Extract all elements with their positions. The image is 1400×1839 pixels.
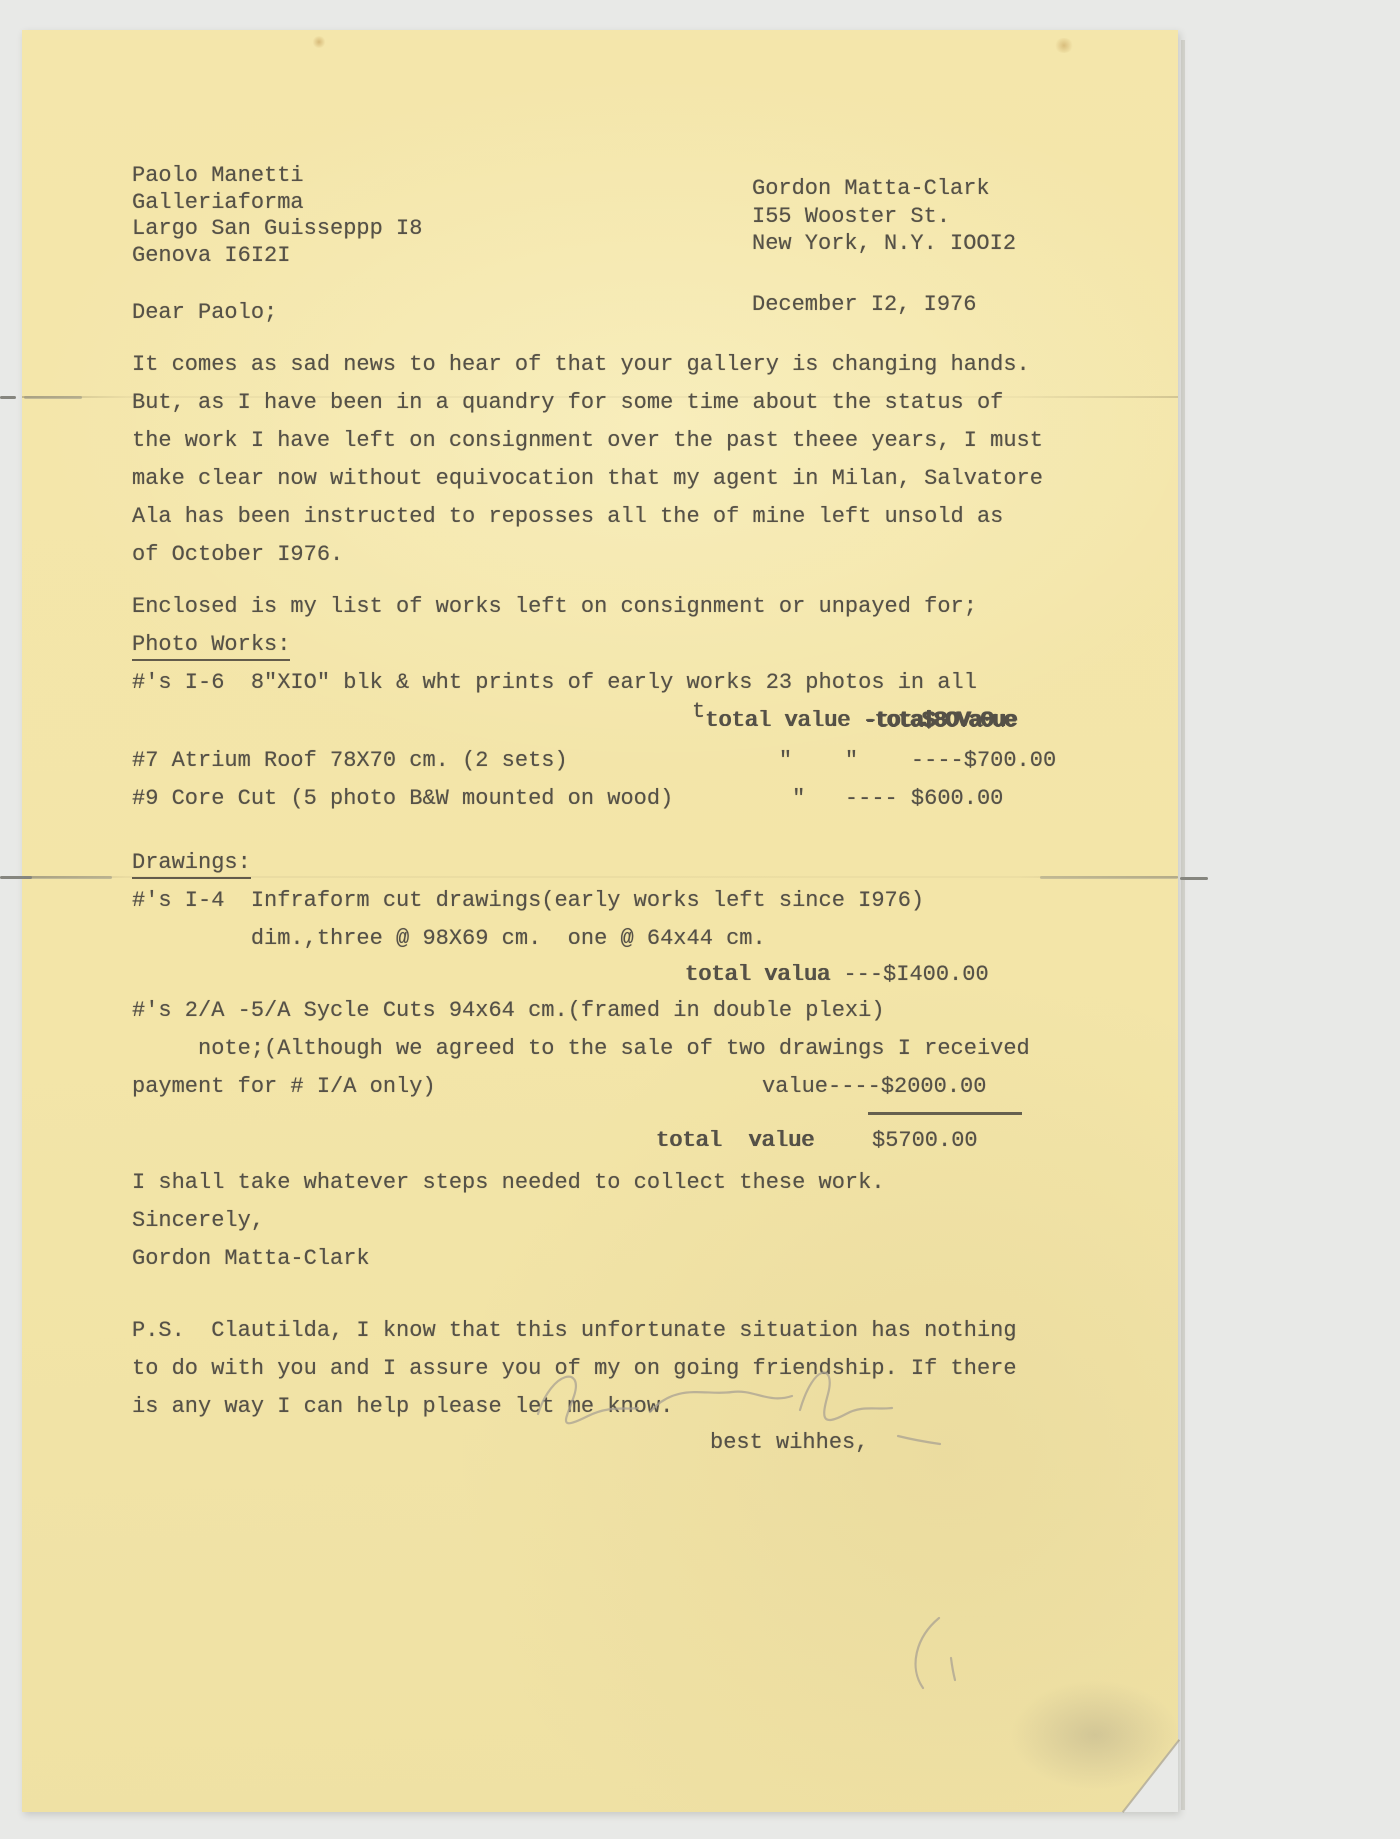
drawings-note: note;(Although we agreed to the sale of … xyxy=(132,1036,1030,1062)
date-line: December I2, I976 xyxy=(752,292,976,318)
pencil-smudge xyxy=(1010,1680,1180,1790)
closing-text: I shall take whatever steps needed to co… xyxy=(132,1170,885,1195)
section-heading: Photo Works: xyxy=(132,632,290,661)
drawings-item-dimensions: dim.,three @ 98X69 cm. one @ 64x44 cm. xyxy=(132,926,766,952)
recipient-line: Paolo Manetti xyxy=(132,163,304,188)
note-text: payment for # I/A only) xyxy=(132,1074,436,1099)
crease-dash xyxy=(1040,876,1178,879)
crease-dash xyxy=(24,876,112,879)
body-line: the work I have left on consignment over… xyxy=(132,428,1043,454)
total-value: ---$I400.00 xyxy=(843,962,988,987)
item-text: #7 Atrium Roof 78X70 cm. (2 sets) " " --… xyxy=(132,748,1056,773)
closing-signature-typed: Gordon Matta-Clark xyxy=(132,1246,370,1272)
postscript-line: P.S. Clautilda, I know that this unfortu… xyxy=(132,1318,1017,1344)
overtype-superscript: t xyxy=(692,699,705,724)
recipient-line: Genova I6I2I xyxy=(132,243,290,268)
item-text: #'s I-4 Infraform cut drawings(early wor… xyxy=(132,888,924,913)
grand-total-value: $5700.00 xyxy=(872,1128,978,1154)
body-text: But, as I have been in a quandry for som… xyxy=(132,390,1003,415)
salutation-text: Dear Paolo; xyxy=(132,300,277,325)
letter-paper xyxy=(22,30,1178,1812)
body-line: It comes as sad news to hear of that you… xyxy=(132,352,1030,378)
recipient-gallery: Galleriaforma xyxy=(132,190,304,216)
stain xyxy=(1054,38,1074,53)
note-text: note;(Although we agreed to the sale of … xyxy=(132,1036,1030,1061)
recipient-street: Largo San Guisseppp I8 xyxy=(132,216,422,242)
closing-line: I shall take whatever steps needed to co… xyxy=(132,1170,885,1196)
sender-line: New York, N.Y. IOOI2 xyxy=(752,231,1016,256)
drawings-item-total: total valua ---$I400.00 xyxy=(685,962,989,988)
date: December I2, I976 xyxy=(752,292,976,317)
recipient-line: Galleriaforma xyxy=(132,190,304,215)
body-text: the work I have left on consignment over… xyxy=(132,428,1043,453)
drawings-heading: Drawings: xyxy=(132,850,251,876)
pencil-signature xyxy=(500,1352,970,1472)
overtyped-value: -tota$8OVa0ue xyxy=(864,708,1016,733)
photo-works-heading: Photo Works: xyxy=(132,632,290,658)
drawings-note-value: value----$2000.00 xyxy=(762,1074,986,1100)
body-line: of October I976. xyxy=(132,542,343,568)
item-text: dim.,three @ 98X69 cm. one @ 64x44 cm. xyxy=(132,926,766,951)
grand-total-label: total value xyxy=(656,1128,814,1154)
closing-line: Sincerely, xyxy=(132,1208,264,1234)
body-text: It comes as sad news to hear of that you… xyxy=(132,352,1030,377)
photo-works-overtyped-total: ttotal value -tota$8OVa0ue xyxy=(692,708,1016,734)
drawings-item: #'s I-4 Infraform cut drawings(early wor… xyxy=(132,888,924,914)
sender-name: Gordon Matta-Clark xyxy=(752,176,990,202)
underlying-sheet-edge xyxy=(1181,40,1185,1810)
section-heading: Drawings: xyxy=(132,850,251,879)
signature-stroke xyxy=(538,1377,638,1424)
crease-dash xyxy=(0,396,16,399)
sender-line: I55 Wooster St. xyxy=(752,204,950,229)
signature-stroke xyxy=(800,1373,892,1421)
total-label: total value xyxy=(656,1128,814,1153)
crease-dash xyxy=(1180,877,1208,880)
body-text: make clear now without equivocation that… xyxy=(132,466,1043,491)
body-line: Enclosed is my list of works left on con… xyxy=(132,594,977,620)
body-line: But, as I have been in a quandry for som… xyxy=(132,390,1003,416)
pencil-paren-mark xyxy=(895,1612,975,1712)
drawings-item: #'s 2/A -5/A Sycle Cuts 94x64 cm.(framed… xyxy=(132,998,885,1024)
body-text: of October I976. xyxy=(132,542,343,567)
total-rule xyxy=(868,1112,1022,1115)
total-label: total value xyxy=(705,708,863,733)
photo-works-item: #'s I-6 8"XIO" blk & wht prints of early… xyxy=(132,670,977,696)
photo-works-item: #7 Atrium Roof 78X70 cm. (2 sets) " " --… xyxy=(132,748,1056,774)
crease-dash xyxy=(24,396,82,399)
item-text: #9 Core Cut (5 photo B&W mounted on wood… xyxy=(132,786,1003,811)
stain xyxy=(312,36,326,48)
scan-background: { "colors": { "paper": "#f3e5a8", "ink":… xyxy=(0,0,1400,1839)
body-line: Ala has been instructed to reposses all … xyxy=(132,504,1003,530)
sender-line: Gordon Matta-Clark xyxy=(752,176,990,201)
recipient-line: Largo San Guisseppp I8 xyxy=(132,216,422,241)
signature-dash xyxy=(898,1436,940,1444)
postscript-text: P.S. Clautilda, I know that this unfortu… xyxy=(132,1318,1017,1343)
salutation: Dear Paolo; xyxy=(132,300,277,326)
body-line: make clear now without equivocation that… xyxy=(132,466,1043,492)
closing-text: Sincerely, xyxy=(132,1208,264,1233)
total-value: $5700.00 xyxy=(872,1128,978,1153)
item-text: #'s 2/A -5/A Sycle Cuts 94x64 cm.(framed… xyxy=(132,998,885,1023)
sender-street: I55 Wooster St. xyxy=(752,204,950,230)
paren-tick xyxy=(951,1658,955,1680)
total-value: value----$2000.00 xyxy=(762,1074,986,1099)
signature-stroke xyxy=(650,1392,792,1412)
item-text: #'s I-6 8"XIO" blk & wht prints of early… xyxy=(132,670,977,695)
body-text: Enclosed is my list of works left on con… xyxy=(132,594,977,619)
recipient-city: Genova I6I2I xyxy=(132,243,290,269)
paren-stroke xyxy=(916,1618,939,1688)
sender-city: New York, N.Y. IOOI2 xyxy=(752,231,1016,257)
total-label: total valua xyxy=(685,962,843,987)
drawings-note: payment for # I/A only) xyxy=(132,1074,436,1100)
body-text: Ala has been instructed to reposses all … xyxy=(132,504,1003,529)
recipient-name: Paolo Manetti xyxy=(132,163,304,189)
photo-works-item: #9 Core Cut (5 photo B&W mounted on wood… xyxy=(132,786,1003,812)
closing-text: Gordon Matta-Clark xyxy=(132,1246,370,1271)
